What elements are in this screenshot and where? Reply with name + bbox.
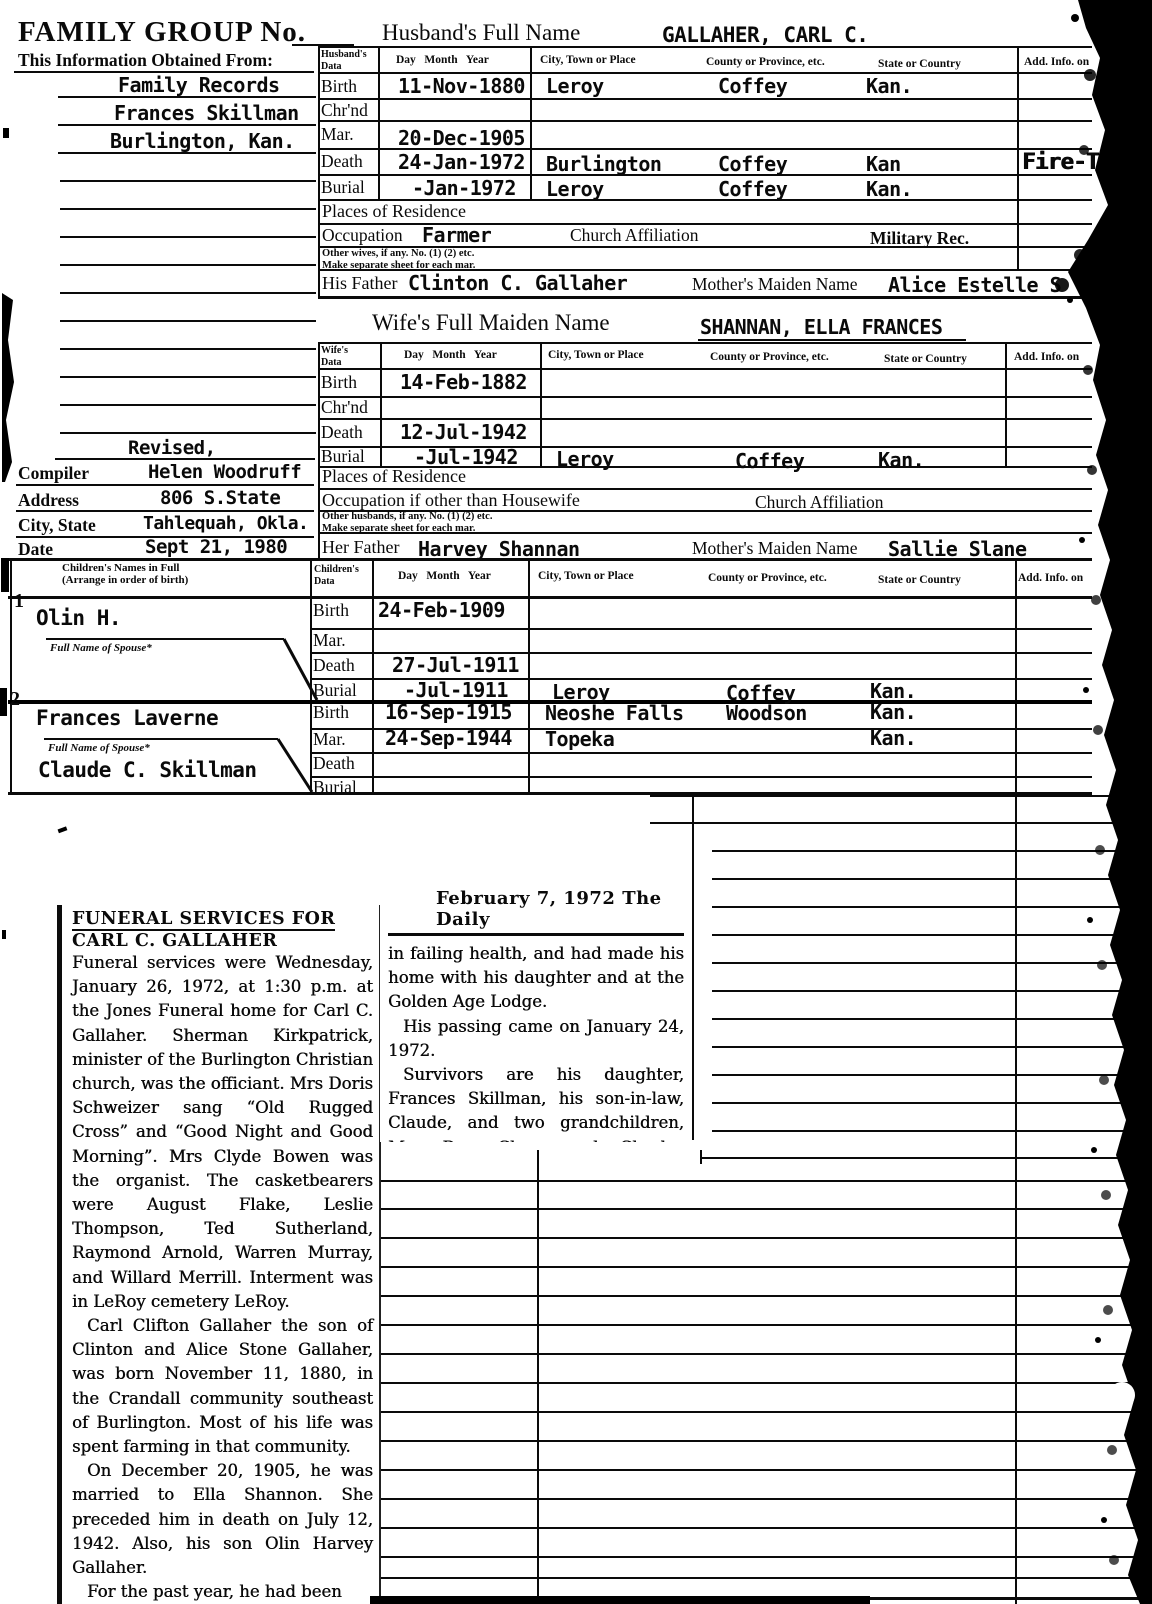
ruled-line bbox=[712, 1130, 1152, 1132]
clipping-title: FUNERAL SERVICES FOR bbox=[72, 909, 335, 931]
ruled-line bbox=[712, 990, 1152, 992]
wife-name-value: SHANNAN, ELLA FRANCES bbox=[700, 315, 942, 339]
husband-mother-value: Alice Estelle S bbox=[888, 273, 1061, 297]
husband-name-value: GALLAHER, CARL C. bbox=[662, 23, 868, 47]
husband-birth-city: Leroy bbox=[546, 74, 604, 98]
city-state-label: City, State bbox=[18, 515, 96, 536]
ruled-line bbox=[60, 320, 316, 322]
husband-burial-state: Kan. bbox=[866, 177, 912, 201]
compiler-label: Compiler bbox=[18, 463, 89, 484]
ruled-line bbox=[60, 404, 316, 406]
table-border bbox=[310, 628, 1092, 630]
table-border bbox=[318, 98, 1092, 100]
row-label-birth: Birth bbox=[313, 702, 349, 723]
child1-birth-date: 24-Feb-1909 bbox=[378, 598, 505, 622]
form-title: FAMILY GROUP No. bbox=[18, 16, 306, 49]
ruled-line bbox=[698, 339, 966, 341]
table-border bbox=[318, 120, 1092, 122]
wife-church-label: Church Affiliation bbox=[755, 492, 883, 513]
husband-marriage-date: 20-Dec-1905 bbox=[398, 126, 525, 150]
state-colhead: State or Country bbox=[878, 574, 961, 586]
ruled-line bbox=[370, 1295, 1152, 1297]
child-name: Frances Laverne bbox=[36, 706, 218, 730]
ruled-line bbox=[700, 1157, 1152, 1159]
ruled-line bbox=[712, 934, 1152, 936]
ruled-line bbox=[370, 1498, 1152, 1500]
husband-birth-state: Kan. bbox=[866, 74, 912, 98]
table-border bbox=[540, 342, 542, 466]
child-name: Olin H. bbox=[36, 606, 121, 630]
row-label-chrnd: Chr'nd bbox=[321, 100, 368, 121]
clipping-paragraph: in failing health, and had made his home… bbox=[388, 942, 684, 1015]
table-border bbox=[372, 558, 374, 792]
his-father-label: His Father bbox=[322, 273, 398, 294]
row-label-burial: Burial bbox=[321, 446, 365, 467]
ruled-line bbox=[712, 1046, 1152, 1048]
county-colhead: County or Province, etc. bbox=[708, 572, 827, 584]
row-label-mar: Mar. bbox=[313, 630, 346, 651]
addinfo-colhead: Add. Info. on bbox=[1018, 572, 1083, 584]
wife-burial-county: Coffey bbox=[735, 449, 804, 473]
child2-marriage-city: Topeka bbox=[545, 727, 614, 751]
city-state-value: Tahlequah, Okla. bbox=[143, 513, 308, 534]
spouse-colhead: Full Name of Spouse* bbox=[48, 742, 150, 754]
spouse-colhead: Full Name of Spouse* bbox=[50, 642, 152, 654]
ruled-line bbox=[370, 1597, 1152, 1600]
clipping-paragraph: His passing came on January 24, 1972. bbox=[388, 1015, 684, 1063]
children-data-colhead: Children's Data bbox=[314, 564, 359, 587]
city-colhead: City, Town or Place bbox=[548, 349, 644, 361]
husband-mother-label: Mother's Maiden Name bbox=[692, 274, 857, 295]
wife-data-colhead: Wife's Data bbox=[321, 345, 348, 368]
ruled-line bbox=[370, 1180, 1152, 1182]
his-father-value: Clinton C. Gallaher bbox=[408, 271, 627, 295]
addinfo-colhead: Add. Info. on bbox=[1014, 351, 1079, 363]
row-label-mar: Mar. bbox=[313, 729, 346, 750]
husband-birth-county: Coffey bbox=[718, 74, 787, 98]
table-border bbox=[318, 342, 320, 558]
table-border bbox=[1005, 342, 1007, 466]
child2-birth-state: Kan. bbox=[870, 700, 916, 724]
ruled-line bbox=[60, 264, 316, 266]
ruled-line bbox=[60, 208, 316, 210]
her-father-label: Her Father bbox=[322, 537, 399, 558]
row-label-birth: Birth bbox=[321, 372, 357, 393]
clipping-paragraph: For the past year, he had been bbox=[72, 1580, 373, 1604]
ruled-line bbox=[46, 638, 284, 640]
table-border bbox=[537, 1150, 539, 1604]
row-label-birth: Birth bbox=[321, 76, 357, 97]
ruled-line bbox=[60, 180, 316, 182]
husband-burial-county: Coffey bbox=[718, 177, 787, 201]
table-border bbox=[692, 795, 694, 1140]
wife-mother-value: Sallie Slane bbox=[888, 537, 1027, 561]
state-colhead: State or Country bbox=[878, 58, 961, 70]
row-label-death: Death bbox=[313, 655, 355, 676]
clipping-rule bbox=[388, 933, 684, 936]
ruled-line bbox=[370, 1266, 1152, 1268]
dmy-colhead: Day Month Year bbox=[396, 54, 489, 66]
child1-burial-date: -Jul-1911 bbox=[404, 678, 508, 702]
ruled-line bbox=[16, 484, 314, 486]
revised-label: Revised, bbox=[128, 437, 216, 459]
ruled-line bbox=[60, 348, 316, 350]
ruled-line bbox=[370, 1577, 1152, 1579]
wife-occupation-label: Occupation if other than Housewife bbox=[322, 490, 580, 511]
obituary-clipping: February 7, 1972 The Daily in failing he… bbox=[380, 886, 692, 1142]
husband-death-state: Kan bbox=[866, 152, 901, 176]
ruled-line bbox=[712, 1102, 1152, 1104]
dmy-colhead: Day Month Year bbox=[398, 570, 491, 582]
wife-burial-city: Leroy bbox=[556, 447, 614, 471]
ruled-line bbox=[712, 906, 1152, 908]
city-colhead: City, Town or Place bbox=[540, 54, 636, 66]
child-number: 1 bbox=[14, 590, 24, 613]
husband-birth-date: 11-Nov-1880 bbox=[398, 74, 525, 98]
table-border bbox=[8, 596, 1092, 599]
ruled-line bbox=[712, 850, 1152, 852]
ruled-line bbox=[712, 1074, 1152, 1076]
family-group-record-page: FAMILY GROUP No. This Information Obtain… bbox=[0, 0, 1152, 1604]
table-border bbox=[378, 46, 380, 199]
row-label-birth: Birth bbox=[313, 600, 349, 621]
date-value: Sept 21, 1980 bbox=[145, 536, 287, 558]
county-colhead: County or Province, etc. bbox=[706, 56, 825, 68]
ruled-line bbox=[712, 878, 1152, 880]
county-colhead: County or Province, etc. bbox=[710, 351, 829, 363]
clipping-paragraph: Funeral services were Wednesday, January… bbox=[72, 951, 373, 1314]
ruled-line bbox=[370, 1237, 1152, 1239]
ruled-line bbox=[370, 1440, 1152, 1442]
row-label-death: Death bbox=[321, 151, 363, 172]
row-label-chrnd: Chr'nd bbox=[321, 397, 368, 418]
husband-death-addinfo: Fire-Tr bbox=[1022, 150, 1111, 175]
husband-occupation-label: Occupation bbox=[322, 225, 403, 246]
state-colhead: State or Country bbox=[884, 353, 967, 365]
husband-church-label: Church Affiliation bbox=[570, 225, 698, 246]
dmy-colhead: Day Month Year bbox=[404, 349, 497, 361]
husband-death-date: 24-Jan-1972 bbox=[398, 150, 525, 174]
table-border bbox=[310, 558, 312, 792]
ruled-line bbox=[370, 1411, 1152, 1413]
ruled-line bbox=[370, 1556, 1152, 1558]
clipping-paragraph: Carl Clifton Gallaher the son of Clinton… bbox=[72, 1314, 373, 1459]
source-entry: Frances Skillman bbox=[114, 101, 299, 125]
child2-birth-county: Woodson bbox=[726, 701, 807, 725]
table-border bbox=[1015, 558, 1017, 1604]
ruled-line bbox=[44, 738, 278, 740]
ruled-line bbox=[370, 1469, 1152, 1471]
addinfo-colhead: Add. Info. on bbox=[1024, 56, 1089, 68]
clipping-dateline: February 7, 1972 The Daily bbox=[436, 888, 684, 930]
table-border bbox=[310, 776, 1092, 778]
child2-marriage-state: Kan. bbox=[870, 726, 916, 750]
source-entry: Burlington, Kan. bbox=[110, 129, 295, 153]
row-label-burial: Burial bbox=[321, 177, 365, 198]
funeral-notice-clipping: FUNERAL SERVICES FOR CARL C. GALLAHER Fu… bbox=[57, 905, 381, 1604]
children-names-colhead: Children's Names in Full (Arrange in ord… bbox=[62, 562, 188, 586]
row-label-burial: Burial bbox=[313, 777, 357, 798]
child-number: 2 bbox=[10, 688, 20, 711]
clipping-paragraph: Survivors are his daughter, Frances Skil… bbox=[388, 1063, 684, 1142]
child-spouse-name: Claude C. Skillman bbox=[38, 758, 257, 782]
table-border bbox=[310, 752, 1092, 754]
child2-marriage-date: 24-Sep-1944 bbox=[385, 726, 512, 750]
husband-data-colhead: Husband's Data bbox=[321, 49, 367, 72]
ruled-line bbox=[370, 1382, 1152, 1384]
husband-name-label: Husband's Full Name bbox=[382, 20, 580, 46]
other-husbands-note: Other husbands, if any. No. (1) (2) etc.… bbox=[322, 511, 492, 534]
ruled-line bbox=[60, 236, 316, 238]
row-label-burial: Burial bbox=[313, 680, 357, 701]
husband-places-label: Places of Residence bbox=[322, 201, 466, 222]
husband-death-city: Burlington bbox=[546, 152, 661, 176]
table-border bbox=[530, 46, 532, 199]
child2-birth-city: Neoshe Falls bbox=[545, 701, 684, 725]
child2-birth-date: 16-Sep-1915 bbox=[385, 700, 512, 724]
table-border bbox=[318, 46, 320, 298]
wife-mother-label: Mother's Maiden Name bbox=[692, 538, 857, 559]
date-label: Date bbox=[18, 539, 53, 560]
ruled-line bbox=[370, 1324, 1152, 1326]
wife-birth-date: 14-Feb-1882 bbox=[400, 370, 527, 394]
source-entry: Family Records bbox=[118, 73, 280, 97]
compiler-value: Helen Woodruff bbox=[148, 461, 301, 483]
ruled-line bbox=[60, 376, 316, 378]
wife-name-label: Wife's Full Maiden Name bbox=[372, 310, 610, 336]
husband-burial-date: -Jan-1972 bbox=[412, 176, 516, 200]
ruled-line bbox=[712, 1018, 1152, 1020]
city-colhead: City, Town or Place bbox=[538, 570, 634, 582]
table-border bbox=[1017, 46, 1019, 269]
wife-places-label: Places of Residence bbox=[322, 466, 466, 487]
husband-military-label: Military Rec. bbox=[870, 228, 969, 249]
ruled-line bbox=[712, 962, 1152, 964]
ruled-line bbox=[650, 822, 1152, 824]
husband-occupation-value: Farmer bbox=[422, 223, 491, 247]
row-label-death: Death bbox=[313, 753, 355, 774]
table-border bbox=[318, 342, 1092, 344]
ruled-line bbox=[650, 795, 1152, 797]
row-label-death: Death bbox=[321, 422, 363, 443]
child1-death-date: 27-Jul-1911 bbox=[392, 653, 519, 677]
clipping-subtitle: CARL C. GALLAHER bbox=[72, 931, 373, 951]
ruled-line bbox=[370, 1208, 1152, 1210]
clipping-paragraph: On December 20, 1905, he was married to … bbox=[72, 1459, 373, 1580]
husband-death-county: Coffey bbox=[718, 152, 787, 176]
table-border bbox=[318, 396, 1092, 398]
ruled-line bbox=[370, 1353, 1152, 1355]
her-father-value: Harvey Shannan bbox=[418, 537, 580, 561]
other-wives-note: Other wives, if any. No. (1) (2) etc. Ma… bbox=[322, 248, 475, 271]
table-border bbox=[380, 342, 382, 466]
table-border bbox=[528, 558, 530, 792]
address-value: 806 S.State bbox=[160, 487, 280, 509]
table-border bbox=[10, 558, 12, 792]
husband-burial-city: Leroy bbox=[546, 177, 604, 201]
wife-death-date: 12-Jul-1942 bbox=[400, 420, 527, 444]
row-label-mar: Mar. bbox=[321, 124, 354, 145]
ruled-line bbox=[60, 292, 316, 294]
ruled-line bbox=[370, 1527, 1152, 1529]
wife-burial-state: Kan. bbox=[878, 448, 924, 472]
info-obtained-label: This Information Obtained From: bbox=[18, 50, 273, 71]
ruled-line bbox=[60, 432, 316, 434]
address-label: Address bbox=[18, 490, 79, 511]
